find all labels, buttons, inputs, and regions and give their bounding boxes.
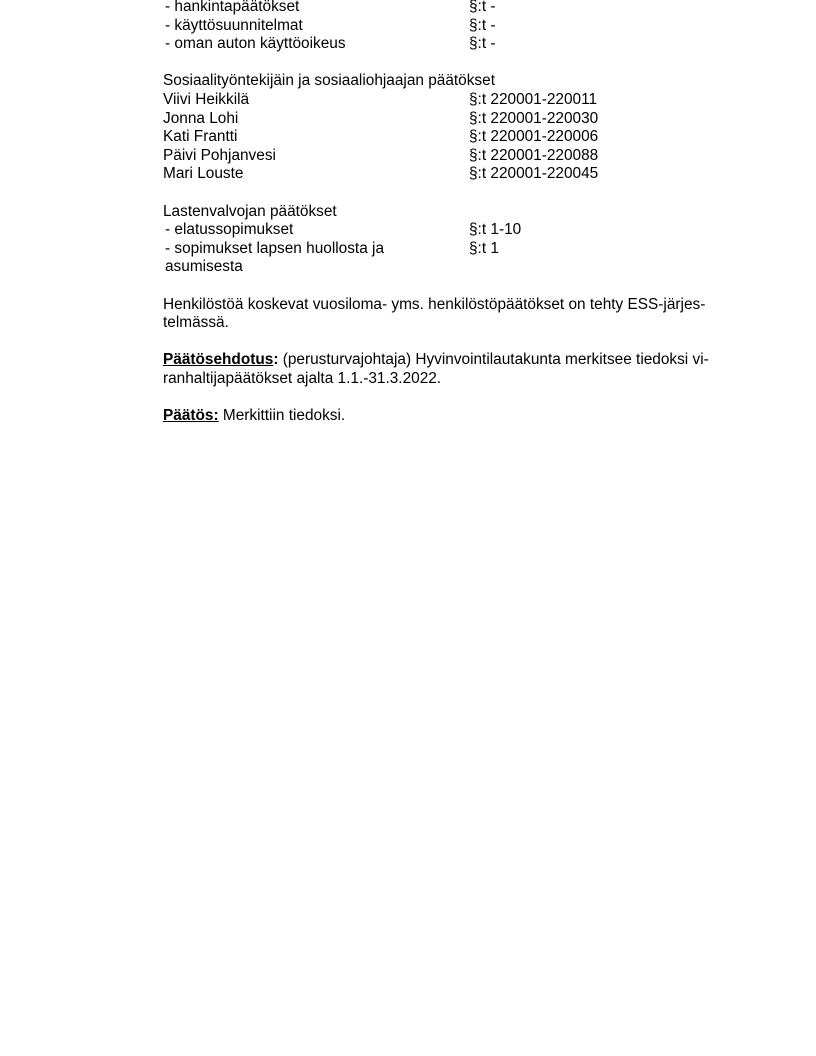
section-heading: Lastenvalvojan päätökset — [163, 203, 743, 222]
decision-label: Päätös: — [163, 407, 219, 424]
proposal-paragraph: Päätösehdotus: (perusturvajohtaja) Hyvin… — [163, 351, 735, 388]
item-label: - hankintapäätökset — [163, 0, 469, 17]
list-item: Jonna Lohi §:t 220001-220030 — [163, 110, 743, 129]
item-label: Jonna Lohi — [163, 110, 469, 129]
list-item: Päivi Pohjanvesi §:t 220001-220088 — [163, 147, 743, 166]
item-ref: §:t - — [469, 17, 496, 36]
item-ref: §:t 220001-220011 — [469, 91, 597, 110]
item-ref: §:t 220001-220030 — [469, 110, 598, 129]
decision-paragraph: Päätös: Merkittiin tiedoksi. — [163, 407, 735, 426]
list-item: - sopimukset lapsen huollosta ja §:t 1 — [163, 240, 743, 259]
item-label: Viivi Heikkilä — [163, 91, 469, 110]
decision-text: Merkittiin tiedoksi. — [219, 407, 346, 424]
list-item: - hankintapäätökset §:t - — [163, 0, 743, 17]
section-top-list: - hankintapäätökset §:t - - käyttösuunni… — [163, 0, 743, 54]
item-label: - elatussopimukset — [163, 221, 469, 240]
document-page: - hankintapäätökset §:t - - käyttösuunni… — [163, 0, 743, 426]
item-label: Kati Frantti — [163, 128, 469, 147]
list-item: - elatussopimukset §:t 1-10 — [163, 221, 743, 240]
list-item: - käyttösuunnitelmat §:t - — [163, 17, 743, 36]
list-item: - oman auton käyttöoikeus §:t - — [163, 35, 743, 54]
item-ref: §:t 220001-220088 — [469, 147, 598, 166]
item-ref: §:t 220001-220045 — [469, 165, 598, 184]
spacer — [163, 388, 743, 407]
item-label: - käyttösuunnitelmat — [163, 17, 469, 36]
list-item: Mari Louste §:t 220001-220045 — [163, 165, 743, 184]
item-ref: §:t - — [469, 35, 496, 54]
item-label: Päivi Pohjanvesi — [163, 147, 469, 166]
spacer — [163, 54, 743, 73]
item-ref: §:t 1 — [469, 240, 499, 259]
item-label: Mari Louste — [163, 165, 469, 184]
item-label: - oman auton käyttöoikeus — [163, 35, 469, 54]
staff-note-line: telmässä. — [163, 314, 735, 333]
item-label-continuation: asumisesta — [163, 258, 469, 277]
list-item: Kati Frantti §:t 220001-220006 — [163, 128, 743, 147]
item-ref: §:t 1-10 — [469, 221, 521, 240]
item-ref: §:t - — [469, 0, 496, 17]
child-custody-section: Lastenvalvojan päätökset - elatussopimuk… — [163, 203, 743, 277]
staff-note-line: Henkilöstöä koskevat vuosiloma- yms. hen… — [163, 296, 735, 315]
list-item-continuation: asumisesta — [163, 258, 743, 277]
spacer — [163, 277, 743, 296]
section-heading: Sosiaalityöntekijäin ja sosiaaliohjaajan… — [163, 72, 743, 91]
proposal-line: Päätösehdotus: (perusturvajohtaja) Hyvin… — [163, 351, 735, 370]
list-item: Viivi Heikkilä §:t 220001-220011 — [163, 91, 743, 110]
item-label: - sopimukset lapsen huollosta ja — [163, 240, 469, 259]
staff-note: Henkilöstöä koskevat vuosiloma- yms. hen… — [163, 296, 735, 333]
item-ref: §:t 220001-220006 — [469, 128, 598, 147]
social-workers-section: Sosiaalityöntekijäin ja sosiaaliohjaajan… — [163, 72, 743, 184]
proposal-text: (perusturvajohtaja) Hyvinvointilautakunt… — [278, 351, 708, 368]
spacer — [163, 184, 743, 203]
proposal-line: ranhaltijapäätökset ajalta 1.1.-31.3.202… — [163, 370, 735, 389]
proposal-label: Päätösehdotus — [163, 351, 273, 368]
spacer — [163, 333, 743, 352]
